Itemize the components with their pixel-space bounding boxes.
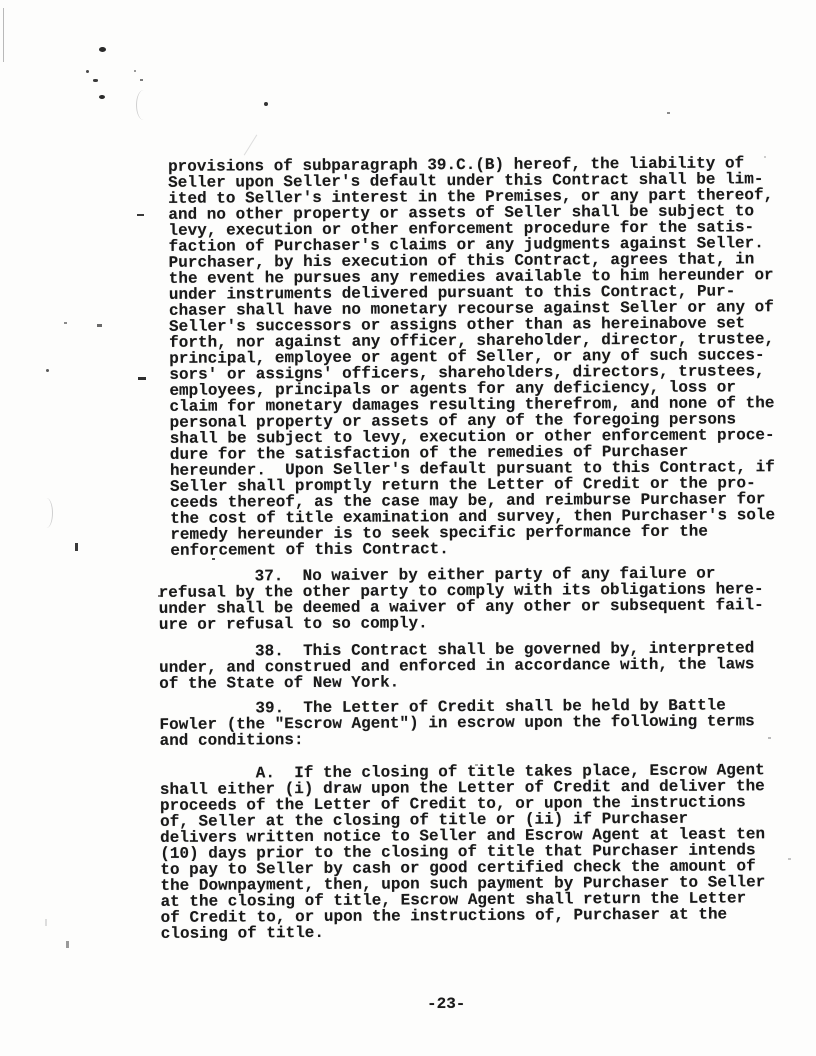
scan-speckle xyxy=(140,79,143,81)
scan-speckle xyxy=(46,369,49,372)
contract-text-block: provisions of subparagraph 39.C.(B) here… xyxy=(156,155,805,942)
paragraph-liability-continuation: provisions of subparagraph 39.C.(B) here… xyxy=(168,155,802,559)
scan-speckle xyxy=(64,322,67,324)
margin-tick-mark xyxy=(75,543,78,551)
scan-speckle xyxy=(97,324,102,327)
scan-smudge-arc xyxy=(136,90,151,120)
margin-tick-mark xyxy=(66,941,69,948)
paragraph-section-39: 39. The Letter of Credit shall be held b… xyxy=(159,697,803,749)
paragraph-section-38: 38. This Contract shall be governed by, … xyxy=(159,640,803,692)
page-number: -23- xyxy=(427,996,465,1012)
paragraph-section-39-A: A. If the closing of title takes place, … xyxy=(160,762,805,942)
scan-smudge-line xyxy=(244,135,258,156)
scan-speckle xyxy=(667,112,670,114)
scan-speckle xyxy=(134,70,136,72)
scan-edge-line xyxy=(3,8,4,62)
margin-tick-mark xyxy=(45,919,47,926)
paragraph-section-37: 37. No waiver by either party of any fai… xyxy=(159,565,803,633)
scan-smudge-arc xyxy=(40,498,53,528)
scan-speckle xyxy=(99,47,106,52)
scan-speckle xyxy=(99,95,105,99)
scan-speckle xyxy=(264,102,268,106)
scan-speckle xyxy=(93,79,98,82)
scanned-contract-page: provisions of subparagraph 39.C.(B) here… xyxy=(0,0,816,1056)
margin-dash-mark xyxy=(137,214,144,216)
margin-dash-mark xyxy=(138,377,146,380)
scan-speckle xyxy=(86,70,89,73)
